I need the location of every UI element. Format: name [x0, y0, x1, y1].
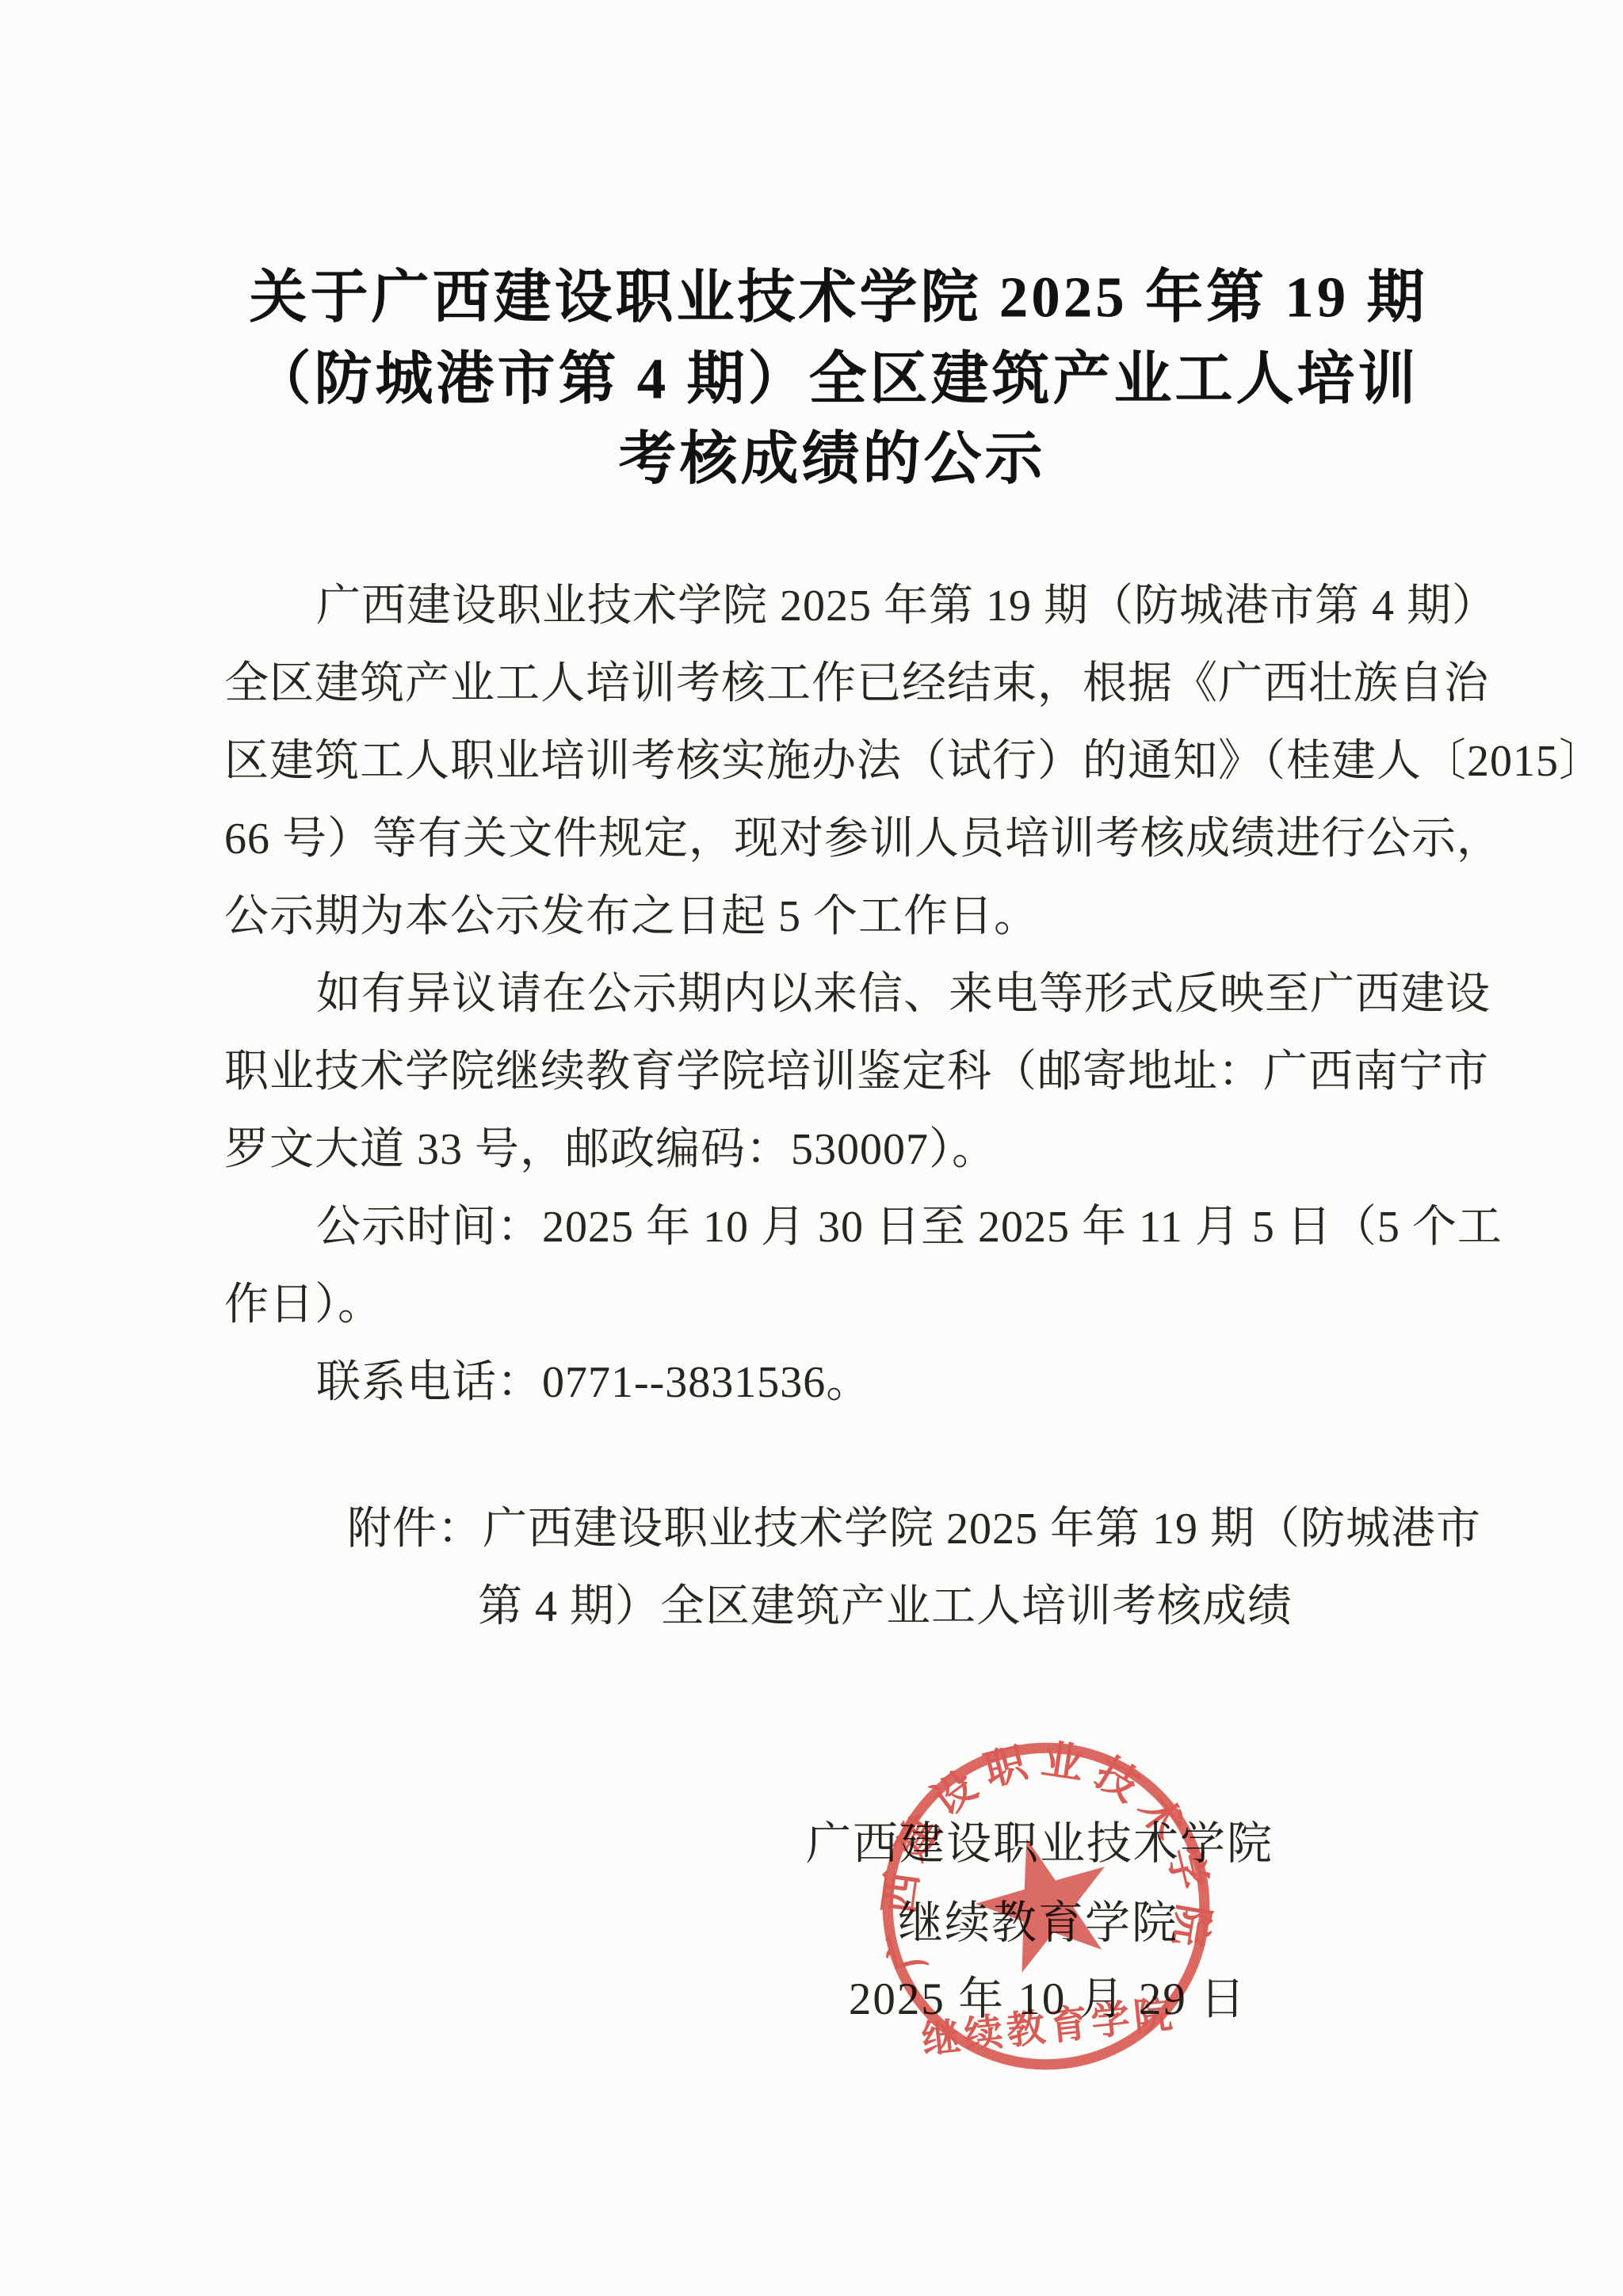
title-line: （防城港市第 4 期）全区建筑产业工人培训 — [254, 332, 1419, 415]
body-text-line: 广西建设职业技术学院 2025 年第 19 期（防城港市第 4 期） — [316, 570, 1497, 634]
body-text-line: 区建筑工人职业培训考核实施办法（试行）的通知》（桂建人〔2015〕 — [224, 726, 1604, 789]
body-text-line: 职业技术学院继续教育学院培训鉴定科（邮寄地址：广西南宁市 — [224, 1036, 1489, 1100]
title-line: 考核成绩的公示 — [619, 412, 1046, 495]
stamp-arc-text: 广西建设职业技术学院 — [859, 1720, 1223, 1994]
title-line: 关于广西建设职业技术学院 2025 年第 19 期 — [250, 250, 1428, 334]
stamp-bottom-text: 继续教育学院 — [920, 1993, 1178, 2061]
body-text-line: 如有异议请在公示期内以来信、来电等形式反映至广西建设 — [316, 959, 1491, 1022]
body-text-line: 第 4 期）全区建筑产业工人培训考核成绩 — [478, 1571, 1293, 1634]
body-text-line: 公示时间：2025 年 10 月 30 日至 2025 年 11 月 5 日（5… — [316, 1192, 1503, 1255]
body-text-line: 罗文大道 33 号，邮政编码：530007）。 — [224, 1114, 997, 1177]
stamp-graphic: 广西建设职业技术学院 继续教育学院 — [859, 1719, 1234, 2094]
document-page: 关于广西建设职业技术学院 2025 年第 19 期（防城港市第 4 期）全区建筑… — [0, 0, 1623, 2296]
stamp-star-icon — [969, 1830, 1115, 1977]
body-text-line: 联系电话：0771--3831536。 — [316, 1347, 871, 1410]
body-text-line: 作日）。 — [224, 1269, 383, 1333]
official-stamp: 广西建设职业技术学院 继续教育学院 — [859, 1719, 1234, 2094]
body-text-line: 全区建筑产业工人培训考核工作已经结束，根据《广西壮族自治 — [224, 648, 1489, 711]
body-text-line: 公示期为本公示发布之日起 5 个工作日。 — [224, 881, 1039, 944]
body-text-line: 66 号）等有关文件规定，现对参训人员培训考核成绩进行公示， — [224, 803, 1502, 867]
body-text-line: 附件：广西建设职业技术学院 2025 年第 19 期（防城港市 — [347, 1493, 1481, 1557]
